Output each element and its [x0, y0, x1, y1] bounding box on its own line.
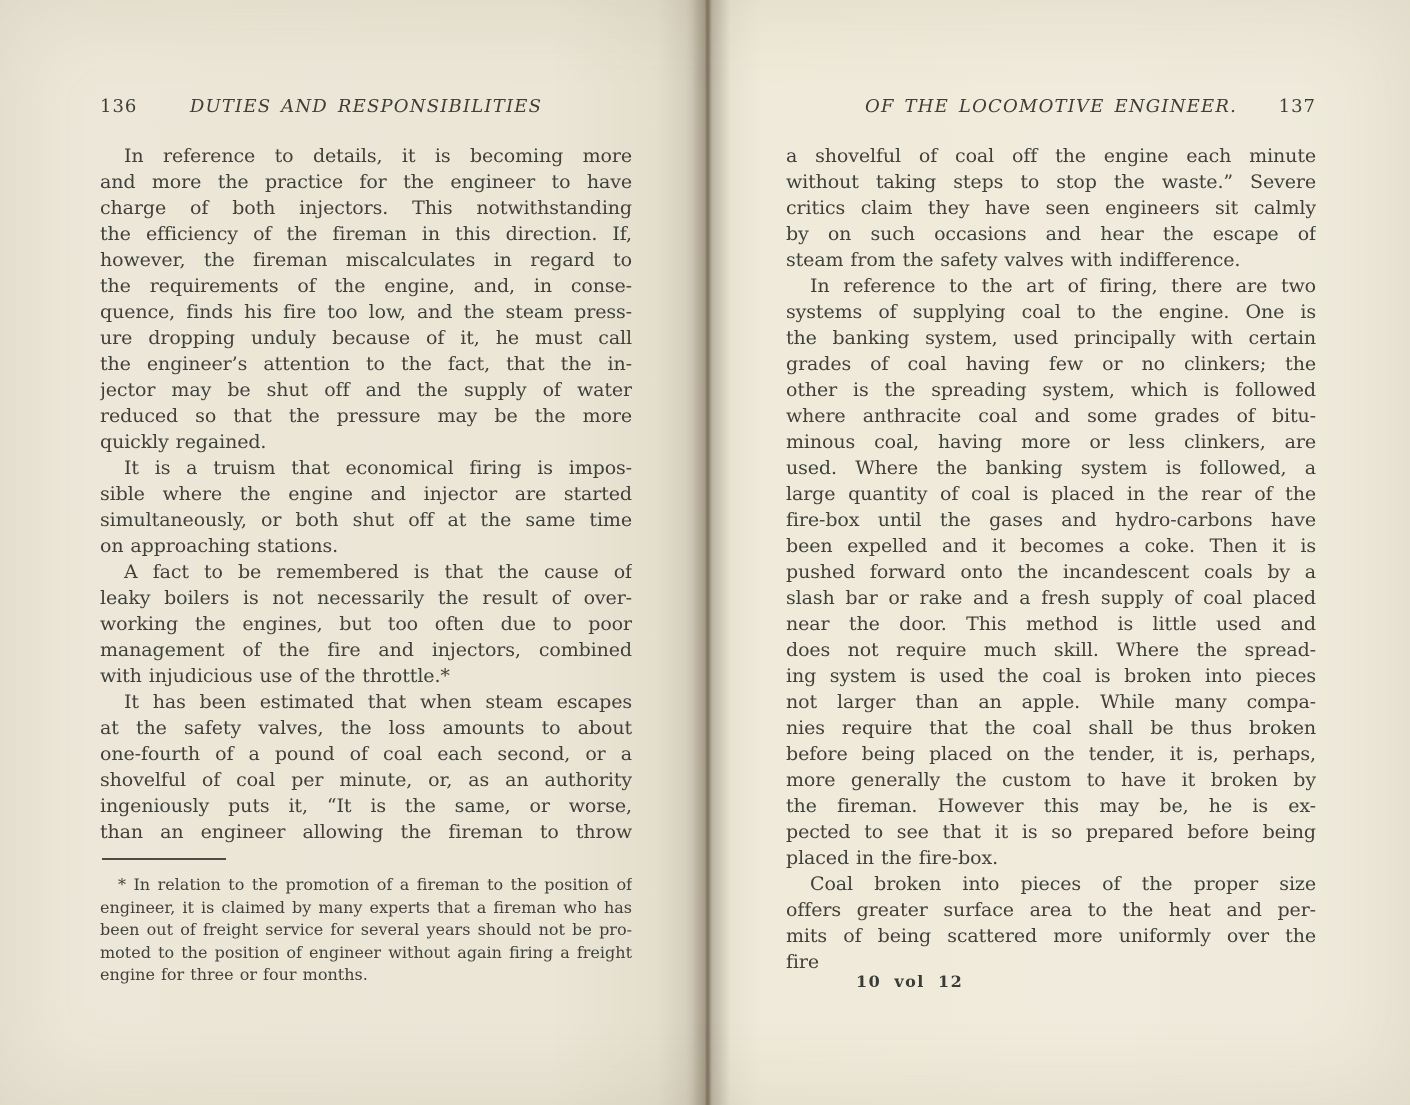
page-body: In reference to details, it is becoming …: [100, 143, 632, 845]
body-line: quickly regained.: [100, 429, 632, 455]
body-paragraph: In reference to details, it is becoming …: [100, 143, 632, 455]
body-line: pushed forward onto the incandescent coa…: [786, 559, 1316, 585]
body-line: grades of coal having few or no clinkers…: [786, 351, 1316, 377]
body-line: moted to the position of engineer withou…: [100, 942, 632, 965]
body-line: In reference to details, it is becoming …: [100, 143, 632, 169]
body-line: and more the practice for the engineer t…: [100, 169, 632, 195]
body-line: where anthracite coal and some grades of…: [786, 403, 1316, 429]
body-line: the fireman. However this may be, he is …: [786, 793, 1316, 819]
body-paragraph: Coal broken into pieces of the proper si…: [786, 871, 1316, 975]
body-line: at the safety valves, the loss amounts t…: [100, 715, 632, 741]
body-line: pected to see that it is so prepared bef…: [786, 819, 1316, 845]
body-line: one-fourth of a pound of coal each secon…: [100, 741, 632, 767]
body-line: offers greater surface area to the heat …: [786, 897, 1316, 923]
right-page-header: OF THE LOCOMOTIVE ENGINEER. 137: [786, 96, 1316, 120]
body-line: the efficiency of the fireman in this di…: [100, 221, 632, 247]
body-line: sible where the engine and injector are …: [100, 481, 632, 507]
body-line: does not require much skill. Where the s…: [786, 637, 1316, 663]
body-paragraph: a shovelful of coal off the engine each …: [786, 143, 1316, 273]
body-line: critics claim they have seen engineers s…: [786, 195, 1316, 221]
footnote: * In relation to the promotion of a fire…: [100, 874, 632, 987]
body-line: nies require that the coal shall be thus…: [786, 715, 1316, 741]
body-line: by on such occasions and hear the escape…: [786, 221, 1316, 247]
body-paragraph: In reference to the art of firing, there…: [786, 273, 1316, 871]
book-spread: 136 DUTIES AND RESPONSIBILITIES In refer…: [0, 0, 1410, 1105]
body-line: large quantity of coal is placed in the …: [786, 481, 1316, 507]
body-line: ingeniously puts it, “It is the same, or…: [100, 793, 632, 819]
page-number: 136: [100, 96, 137, 117]
body-line: ing system is used the coal is broken in…: [786, 663, 1316, 689]
body-line: before being placed on the tender, it is…: [786, 741, 1316, 767]
body-line: been expelled and it becomes a coke. The…: [786, 533, 1316, 559]
printer-signature: 10 vol 12: [856, 972, 963, 991]
body-line: than an engineer allowing the fireman to…: [100, 819, 632, 845]
body-line: used. Where the banking system is follow…: [786, 455, 1316, 481]
body-line: systems of supplying coal to the engine.…: [786, 299, 1316, 325]
body-line: mits of being scattered more uniformly o…: [786, 923, 1316, 949]
body-paragraph: It is a truism that economical firing is…: [100, 455, 632, 559]
body-line: engineer, it is claimed by many experts …: [100, 897, 632, 920]
body-line: leaky boilers is not necessarily the res…: [100, 585, 632, 611]
body-paragraph: It has been estimated that when steam es…: [100, 689, 632, 845]
footnote-rule: [102, 858, 226, 860]
body-line: jector may be shut off and the supply of…: [100, 377, 632, 403]
body-line: placed in the fire-box.: [786, 845, 1316, 871]
body-line: the banking system, used principally wit…: [786, 325, 1316, 351]
body-line: In reference to the art of firing, there…: [786, 273, 1316, 299]
body-line: the requirements of the engine, and, in …: [100, 273, 632, 299]
body-line: Coal broken into pieces of the proper si…: [786, 871, 1316, 897]
body-paragraph: * In relation to the promotion of a fire…: [100, 874, 632, 987]
right-page: OF THE LOCOMOTIVE ENGINEER. 137 a shovel…: [786, 96, 1316, 120]
running-head: OF THE LOCOMOTIVE ENGINEER.: [786, 96, 1316, 117]
body-line: the engineer’s attention to the fact, th…: [100, 351, 632, 377]
body-line: charge of both injectors. This notwithst…: [100, 195, 632, 221]
page-number: 137: [1279, 96, 1316, 117]
page-body: a shovelful of coal off the engine each …: [786, 143, 1316, 975]
body-line: slash bar or rake and a fresh supply of …: [786, 585, 1316, 611]
body-line: steam from the safety valves with indiff…: [786, 247, 1316, 273]
body-line: with injudicious use of the throttle.*: [100, 663, 632, 689]
gutter-shadow: [686, 0, 730, 1105]
left-page-header: 136 DUTIES AND RESPONSIBILITIES: [100, 96, 632, 120]
running-head: DUTIES AND RESPONSIBILITIES: [100, 96, 632, 117]
body-line: fire-box until the gases and hydro-carbo…: [786, 507, 1316, 533]
body-line: * In relation to the promotion of a fire…: [100, 874, 632, 897]
body-line: quence, finds his fire too low, and the …: [100, 299, 632, 325]
body-line: not larger than an apple. While many com…: [786, 689, 1316, 715]
body-line: It has been estimated that when steam es…: [100, 689, 632, 715]
body-line: shovelful of coal per minute, or, as an …: [100, 767, 632, 793]
body-line: minous coal, having more or less clinker…: [786, 429, 1316, 455]
body-line: A fact to be remembered is that the caus…: [100, 559, 632, 585]
body-line: ure dropping unduly because of it, he mu…: [100, 325, 632, 351]
body-line: other is the spreading system, which is …: [786, 377, 1316, 403]
body-line: however, the fireman miscalculates in re…: [100, 247, 632, 273]
body-line: management of the fire and injectors, co…: [100, 637, 632, 663]
body-line: near the door. This method is little use…: [786, 611, 1316, 637]
body-line: reduced so that the pressure may be the …: [100, 403, 632, 429]
body-line: a shovelful of coal off the engine each …: [786, 143, 1316, 169]
left-page: 136 DUTIES AND RESPONSIBILITIES In refer…: [100, 96, 632, 120]
body-line: more generally the custom to have it bro…: [786, 767, 1316, 793]
body-line: working the engines, but too often due t…: [100, 611, 632, 637]
body-line: without taking steps to stop the waste.”…: [786, 169, 1316, 195]
body-line: engine for three or four months.: [100, 964, 632, 987]
body-line: been out of freight service for several …: [100, 919, 632, 942]
body-line: simultaneously, or both shut off at the …: [100, 507, 632, 533]
body-line: on approaching stations.: [100, 533, 632, 559]
body-line: It is a truism that economical firing is…: [100, 455, 632, 481]
body-paragraph: A fact to be remembered is that the caus…: [100, 559, 632, 689]
